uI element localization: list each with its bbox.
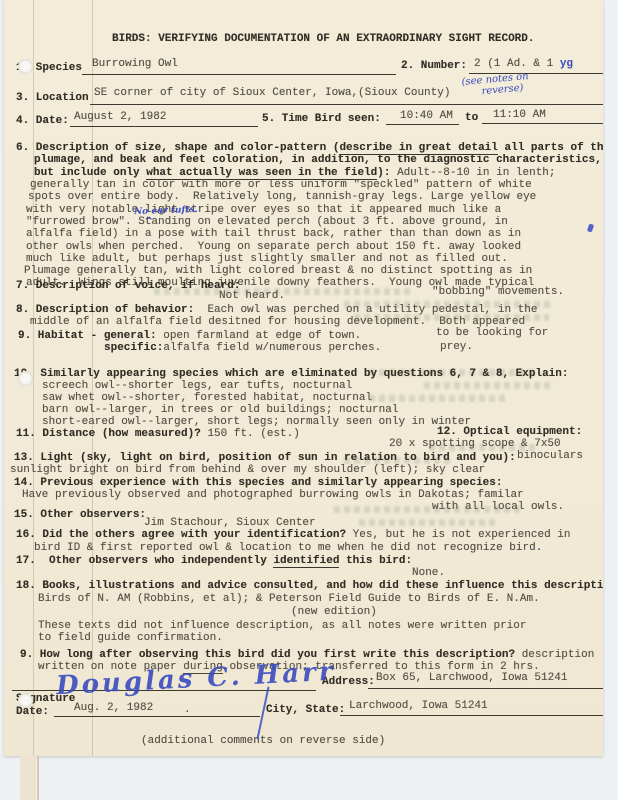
- q12-a: 20 x spotting scope & 7x50: [389, 438, 561, 450]
- q14-label-seg: 14. Previous experience with this specie…: [14, 477, 502, 489]
- time-to-seg: 11:10 AM: [493, 109, 546, 121]
- q18-a: Birds of N. AM (Robbins, et al); & Peter…: [38, 593, 540, 605]
- date2-label: Date:: [16, 706, 49, 718]
- q10-c: barn owl--larger, in trees or old buildi…: [42, 404, 398, 416]
- q18-c: These texts did not influence descriptio…: [38, 620, 526, 632]
- city-line: [340, 715, 603, 716]
- date-label-seg: 4. Date:: [16, 115, 69, 127]
- q14-b-seg: with all local owls.: [432, 501, 564, 513]
- city-label: City, State:: [266, 704, 345, 716]
- location-label-seg: 3. Location: [16, 92, 89, 104]
- date-label: 4. Date:: [16, 115, 69, 127]
- q6-line9-seg: other owls when perched. Young on separa…: [26, 241, 521, 253]
- number-value: 2 (1 Ad. & 1 yg: [474, 58, 573, 70]
- bleed-through-text: [424, 382, 554, 389]
- q14-a-seg: Have previously observed and photographe…: [22, 489, 524, 501]
- location-label: 3. Location: [16, 92, 89, 104]
- q6-line3-seg: ):: [377, 167, 397, 179]
- q7-answer: Not heard.: [219, 290, 285, 302]
- q6-line5: spots over entire body. Relatively long,…: [28, 191, 536, 203]
- q11-line: 11. Distance (how measured)? 150 ft. (es…: [16, 428, 300, 440]
- date-line: [70, 126, 258, 127]
- q17-label-seg: identified: [273, 555, 339, 568]
- paper-sheet: BIRDS: VERIFYING DOCUMENTATION OF AN EXT…: [4, 0, 603, 756]
- q11-line-seg: 150 ft. (est.): [207, 428, 299, 440]
- q16-line2-seg: bird ID & first reported owl & location …: [34, 542, 536, 554]
- underlying-page-edge: [20, 756, 36, 800]
- q10-label-seg: 10. Similarly appearing species which ar…: [14, 368, 569, 380]
- q6-line6-seg: with very notable light stripe over eyes…: [26, 204, 501, 216]
- q19-line1-seg: description: [522, 649, 595, 661]
- q6-line9: other owls when perched. Young on separa…: [26, 241, 521, 253]
- q8-line1-seg: 8. Description of behavior:: [16, 304, 207, 316]
- q6-line13: "bobbing" movements.: [432, 286, 564, 298]
- q18-label: 18. Books, illustrations and advice cons…: [16, 580, 603, 592]
- q18-b-seg: (new edition): [291, 606, 377, 618]
- q18-d: to field guide confirmation.: [38, 632, 223, 644]
- q6-line3-seg: but include only: [34, 167, 146, 179]
- location-line: [90, 104, 603, 105]
- q14-b: with all local owls.: [432, 501, 564, 513]
- date-value: August 2, 1982: [74, 111, 166, 123]
- q13-label-seg: 13. Light (sky, light on bird, position …: [14, 452, 516, 464]
- time-from-seg: 10:40 AM: [400, 110, 453, 122]
- q10-c-seg: barn owl--larger, in trees or old buildi…: [42, 404, 398, 416]
- q18-label-seg: 18. Books, illustrations and advice cons…: [16, 580, 603, 592]
- q8-line4-seg: prey.: [440, 341, 473, 353]
- bleed-through-text: [359, 519, 499, 526]
- number-value-seg: 2 (1 Ad. & 1: [474, 58, 560, 70]
- q8-line1: 8. Description of behavior: Each owl was…: [16, 304, 538, 316]
- time-to-line: [482, 123, 603, 124]
- q9-line2: specific:alfalfa field w/numerous perche…: [104, 342, 381, 354]
- q6-line3-seg: Adult--8-10 in in lenth;: [397, 167, 555, 179]
- date2-line: [54, 716, 260, 717]
- q6-line4: generally tan in color with more or less…: [30, 179, 532, 191]
- q6-line7: "furrowed brow". Standing on elevated pe…: [26, 216, 508, 228]
- q6-line1: 6. Description of size, shape and color-…: [16, 142, 603, 154]
- q10-label: 10. Similarly appearing species which ar…: [14, 368, 569, 380]
- q18-c-seg: These texts did not influence descriptio…: [38, 620, 526, 632]
- q10-b-seg: saw whet owl--shorter, forested habitat,…: [42, 392, 372, 404]
- address-value: Box 65, Larchwood, Iowa 51241: [376, 672, 567, 684]
- q6-line10: much like adult, but perhaps just slight…: [26, 253, 508, 265]
- time-to: 11:10 AM: [493, 109, 546, 121]
- date2-value-seg: Aug. 2, 1982: [74, 702, 153, 714]
- q6-line1-seg: all parts of the: [498, 142, 603, 154]
- q9-line2-seg: alfalfa field w/numerous perches.: [163, 342, 381, 354]
- q15-label-seg: 15. Other observers:: [14, 509, 146, 521]
- q18-a-seg: Birds of N. AM (Robbins, et al); & Peter…: [38, 593, 540, 605]
- footer-note-seg: (additional comments on reverse side): [141, 735, 385, 747]
- q8-line3: to be looking for: [436, 327, 548, 339]
- q6-line8: alfalfa field) in a pose with tail thrus…: [26, 228, 528, 240]
- q6-line6: with very notable light stripe over eyes…: [26, 204, 501, 216]
- q17-answer-seg: None.: [412, 567, 445, 579]
- time-to-word-seg: to: [465, 112, 478, 124]
- species-value-seg: Burrowing Owl: [92, 58, 178, 70]
- q12-a-seg: 20 x spotting scope & 7x50: [389, 438, 561, 450]
- form-title: BIRDS: VERIFYING DOCUMENTATION OF AN EXT…: [112, 33, 534, 45]
- q10-b: saw whet owl--shorter, forested habitat,…: [42, 392, 372, 404]
- q8-line3-seg: to be looking for: [436, 327, 548, 339]
- number-label-seg: 2. Number:: [401, 60, 467, 72]
- q6-line4-seg: generally tan in color with more or less…: [30, 179, 532, 191]
- q16-line2-seg: .: [536, 542, 543, 554]
- punch-hole: [18, 371, 33, 386]
- q6-line10-seg: much like adult, but perhaps just slight…: [26, 253, 508, 265]
- punch-hole: [18, 59, 33, 74]
- q7-label: 7. Description of voice, if heard:: [16, 280, 240, 292]
- address-value-seg: Box 65, Larchwood, Iowa 51241: [376, 672, 567, 684]
- q16-line1-seg: Yes, but he is not experienced in: [353, 529, 571, 541]
- q6-line2: plumage, and beak and feet coloration, i…: [34, 154, 602, 166]
- stray-dot: .: [184, 704, 191, 716]
- q17-label: 17. Other observers who independently id…: [16, 555, 412, 567]
- q7-label-seg: 7. Description of voice, if heard:: [16, 280, 240, 292]
- q6-line7-seg: "furrowed brow". Standing on elevated pe…: [26, 216, 508, 228]
- form-title-seg: BIRDS: VERIFYING DOCUMENTATION OF AN EXT…: [112, 33, 534, 45]
- q14-a: Have previously observed and photographe…: [22, 489, 524, 501]
- q6-line3: but include only what actually was seen …: [34, 167, 556, 179]
- address-line: [368, 688, 603, 689]
- city-label-seg: City, State:: [266, 704, 345, 716]
- q12-b: binoculars: [517, 450, 583, 462]
- q17-label-seg: 17. Other observers who independently: [16, 555, 273, 567]
- time-to-word: to: [465, 112, 478, 124]
- scanned-document-page: BIRDS: VERIFYING DOCUMENTATION OF AN EXT…: [0, 0, 618, 800]
- date2-value: Aug. 2, 1982: [74, 702, 153, 714]
- q16-line2: bird ID & first reported owl & location …: [34, 542, 542, 554]
- q6-line5-seg: spots over entire body. Relatively long,…: [28, 191, 536, 203]
- q18-d-seg: to field guide confirmation.: [38, 632, 223, 644]
- bleed-through-text: [369, 395, 509, 402]
- q6-line1-seg: 6. Description of size, shape and color-…: [16, 142, 339, 154]
- q16-line1-seg: 16. Did the others agree with your ident…: [16, 529, 353, 541]
- underlying-page-line: [37, 756, 39, 800]
- q8-line4: prey.: [440, 341, 473, 353]
- q9-line2-seg: specific:: [104, 342, 163, 354]
- q9-line1-seg: 9. Habitat - general:: [18, 330, 163, 342]
- q15-answer-seg: Jim Stachour, Sioux Center: [144, 517, 316, 529]
- species-value: Burrowing Owl: [92, 58, 178, 70]
- ink-stroke: [587, 223, 594, 232]
- q10-d: short-eared owl--larger, short legs; nor…: [42, 416, 471, 428]
- q13-answer: sunlight bright on bird from behind & ov…: [10, 464, 485, 476]
- q12-b-seg: binoculars: [517, 450, 583, 462]
- time-from-line: [386, 124, 459, 125]
- q15-answer: Jim Stachour, Sioux Center: [144, 517, 316, 529]
- punch-hole: [18, 693, 33, 708]
- q16-line1: 16. Did the others agree with your ident…: [16, 529, 571, 541]
- q6-line13-seg: "bobbing" movements.: [432, 286, 564, 298]
- footer-note: (additional comments on reverse side): [141, 735, 385, 747]
- q9-line1-seg: open farmland at edge of town.: [163, 330, 361, 342]
- time-label: 5. Time Bird seen:: [262, 113, 381, 125]
- q9-line1: 9. Habitat - general: open farmland at e…: [18, 330, 361, 342]
- q6-line8-seg: alfalfa field) in a pose with tail thrus…: [26, 228, 528, 240]
- q15-label: 15. Other observers:: [14, 509, 146, 521]
- species-line: [82, 74, 396, 75]
- q12-label-seg: 12. Optical equipment:: [437, 426, 582, 438]
- city-value-seg: Larchwood, Iowa 51241: [349, 700, 488, 712]
- q13-label: 13. Light (sky, light on bird, position …: [14, 452, 516, 464]
- date-value-seg: August 2, 1982: [74, 111, 166, 123]
- q6-line2-seg: plumage, and beak and feet coloration, i…: [34, 154, 602, 166]
- q13-answer-seg: sunlight bright on bird from behind & ov…: [10, 464, 485, 476]
- time-label-seg: 5. Time Bird seen:: [262, 113, 381, 125]
- q7-answer-seg: Not heard.: [219, 290, 285, 302]
- date2-label-seg: Date:: [16, 706, 49, 718]
- city-value: Larchwood, Iowa 51241: [349, 700, 488, 712]
- q12-label: 12. Optical equipment:: [437, 426, 582, 438]
- q8-line1-seg: Each owl was perched on a utility pedest…: [207, 304, 537, 316]
- number-value-seg: yg: [560, 58, 573, 70]
- location-value: SE corner of city of Sioux Center, Iowa,…: [94, 87, 450, 99]
- q10-a: screech owl--shorter legs, ear tufts, no…: [42, 380, 352, 392]
- hw-caret: ^: [145, 216, 153, 227]
- q10-d-seg: short-eared owl--larger, short legs; nor…: [42, 416, 471, 428]
- q10-a-seg: screech owl--shorter legs, ear tufts, no…: [42, 380, 352, 392]
- q6-line11-seg: Plumage generally tan, with light colore…: [24, 265, 532, 277]
- q11-line-seg: 11. Distance (how measured)?: [16, 428, 207, 440]
- stray-dot-seg: .: [184, 704, 191, 716]
- q17-answer: None.: [412, 567, 445, 579]
- q14-label: 14. Previous experience with this specie…: [14, 477, 502, 489]
- q17-label-seg: this bird:: [339, 555, 412, 567]
- q18-b: (new edition): [291, 606, 377, 618]
- hw-see-notes: (see notes on reverse): [461, 71, 530, 99]
- location-value-seg: SE corner of city of Sioux Center, Iowa,…: [94, 87, 450, 99]
- number-label: 2. Number:: [401, 60, 467, 72]
- q6-line11: Plumage generally tan, with light colore…: [24, 265, 532, 277]
- time-from: 10:40 AM: [400, 110, 453, 122]
